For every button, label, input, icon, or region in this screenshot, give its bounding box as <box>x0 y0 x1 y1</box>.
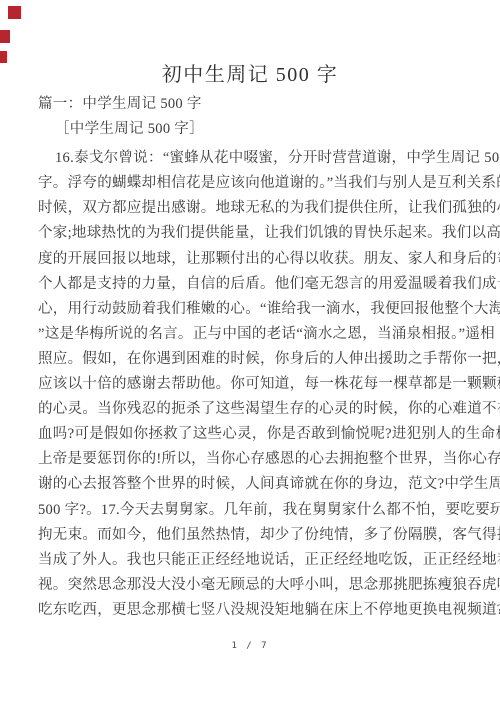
text-line: 心，用行动鼓励着我们稚嫩的心。“谁给我一滴水，我便回报他整个大海。 <box>38 297 466 322</box>
text-line: 时候，双方都应提出感谢。地球无私的为我们提供住所，让我们孤独的心有 <box>38 196 466 221</box>
text-line: 应该以十倍的感谢去帮助他。你可知道，每一株花每一棵草都是一颗颗稚嫩 <box>38 372 466 397</box>
text-line: 上帝是要惩罚你的!所以，当你心存感恩的心去拥抱整个世界，当你心存感 <box>38 447 466 472</box>
text-line: 字。浮夸的蝴蝶却相信花是应该向他道谢的。”当我们与别人是互利关系的 <box>38 171 466 196</box>
document-body: 篇一：中学生周记 500 字 ［中学生周记 500 字］ 16.泰戈尔曾说：“蜜… <box>38 92 466 623</box>
text-line: 16.泰戈尔曾说：“蜜蜂从花中啜蜜，分开时营营道谢，中学生周记 500 <box>38 146 466 171</box>
page-title: 初中生周记 500 字 <box>0 58 500 87</box>
text-line: 个人都是支持的力量，自信的后盾。他们毫无怨言的用爱温暖着我们成长的 <box>38 272 466 297</box>
text-line: 照应。假如，在你遇到困难的时候，你身后的人伸出援助之手帮你一把，你 <box>38 347 466 372</box>
text-line: ［中学生周记 500 字］ <box>38 117 466 142</box>
corner-mark-icon <box>8 6 21 19</box>
text-line: 吃东吃西，更思念那横七竖八没规没矩地躺在床上不停地更换电视频道??他 <box>38 598 466 623</box>
text-line: 谢的心去报答整个世界的时候，人间真谛就在你的身边，范文?中学生周记 <box>38 472 466 497</box>
text-line: 篇一：中学生周记 500 字 <box>38 92 466 117</box>
text-line: 当成了外人。我也只能正正经经地说话，正正经经地吃饭，正正经经地看电 <box>38 548 466 573</box>
document-page: 初中生周记 500 字 篇一：中学生周记 500 字 ［中学生周记 500 字］… <box>0 0 500 708</box>
text-line: 拘无束。而如今，他们虽然热情，却少了份纯情，多了份隔膜，客气得把我 <box>38 523 466 548</box>
text-line: 的心灵。当你残忍的扼杀了这些渴望生存的心灵的时候，你的心难道不在滴 <box>38 397 466 422</box>
text-line: 视。突然思念那没大没小毫无顾忌的大呼小叫，思念那挑肥拣瘦狼吞虎咽的 <box>38 573 466 598</box>
text-line: 500 字?。17.今天去舅舅家。几年前，我在舅舅家什么都不怕，要吃要玩无 <box>38 498 466 523</box>
text-line: 度的开展回报以地球，让那颗付出的心得以收获。朋友、家人和身后的每一 <box>38 247 466 272</box>
text-line: ”这是华梅所说的名言。正与中国的老话“滴水之恩，当涌泉相报。”遥相 <box>38 322 466 347</box>
text-line: 个家;地球热忱的为我们提供能量，让我们饥饿的胃快乐起来。我们以高速 <box>38 221 466 246</box>
page-number: 1 / 7 <box>0 641 500 651</box>
corner-mark-icon <box>0 30 10 43</box>
text-line: 血吗?可是假如你拯救了这些心灵，你是否敢到愉悦呢?进犯别人的生命权， <box>38 422 466 447</box>
